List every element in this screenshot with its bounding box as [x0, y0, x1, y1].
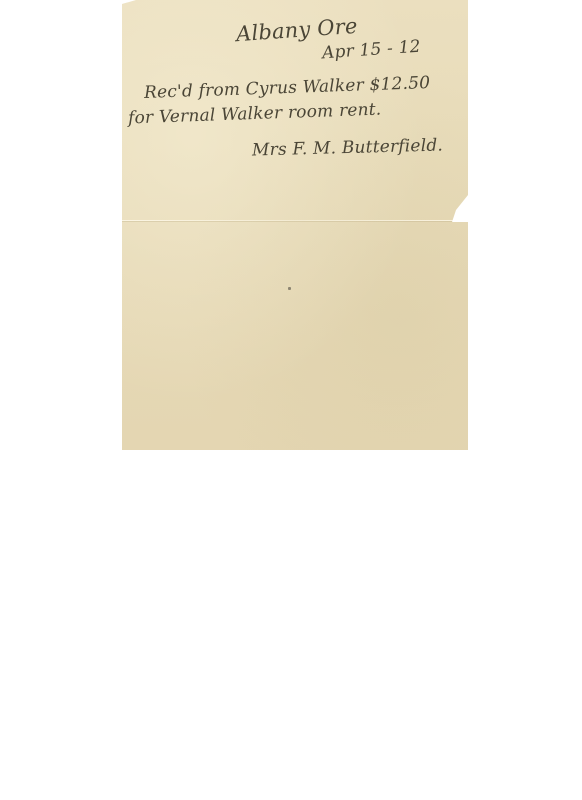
scanned-page: Albany Ore Apr 15 - 12 Rec'd from Cyrus …: [0, 0, 582, 800]
fold-crease: [122, 220, 468, 221]
receipt-date: Apr 15 - 12: [321, 37, 421, 64]
receipt-body-line-1: Rec'd from Cyrus Walker $12.50: [144, 73, 431, 103]
paper-speck: [288, 287, 291, 290]
receipt-signature: Mrs F. M. Butterfield.: [252, 136, 444, 161]
receipt-paper: Albany Ore Apr 15 - 12 Rec'd from Cyrus …: [122, 0, 468, 450]
receipt-body-line-2: for Vernal Walker room rent.: [128, 100, 382, 129]
